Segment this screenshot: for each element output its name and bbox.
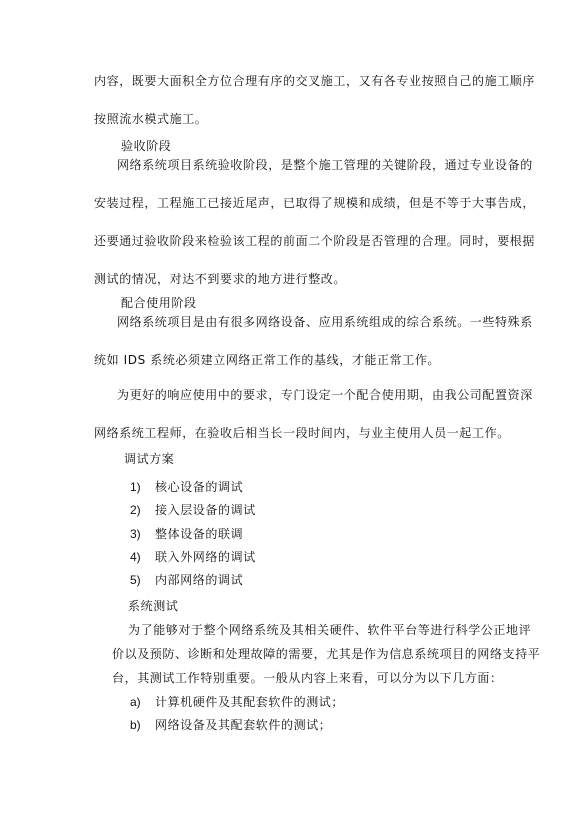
list-number: 2) <box>130 502 141 518</box>
text-line: 网络系统项目系统验收阶段，是整个施工管理的关键阶段，通过专业设备的 <box>117 157 508 173</box>
text-line: 为了能够对于整个网络系统及其相关硬件、软件平台等进行科学公正地评 <box>128 622 508 638</box>
list-number: 5) <box>130 572 141 588</box>
text-line: 测试的情况，对达不到要求的地方进行整改。 <box>94 271 346 287</box>
text-line: 为更好的响应使用中的要求，专门设定一个配合使用期，由我公司配置资深 <box>117 387 508 403</box>
list-item: 核心设备的调试 <box>155 479 243 495</box>
text-line: 验收阶段 <box>121 138 171 154</box>
text-line: 统如 IDS 系统必须建立网络正常工作的基线，才能正常工作。 <box>94 352 440 368</box>
list-item: 整体设备的联调 <box>155 526 243 542</box>
list-item: 接入层设备的调试 <box>155 502 256 518</box>
list-item: 内部网络的调试 <box>155 572 243 588</box>
list-number: 4) <box>130 549 141 565</box>
list-number: 3) <box>130 526 141 542</box>
list-number: b) <box>130 717 141 733</box>
list-number: 1) <box>130 479 141 495</box>
text-line: 系统测试 <box>128 598 178 614</box>
text-line: 安装过程，工程施工已接近尾声，已取得了规模和成绩，但是不等于大事告成， <box>94 195 508 211</box>
list-item: 联入外网络的调试 <box>155 549 256 565</box>
text-line: 配合使用阶段 <box>121 295 197 311</box>
text-line: 网络系统项目是由有很多网络设备、应用系统组成的综合系统。一些特殊系 <box>117 314 508 330</box>
list-item: 网络设备及其配套软件的测试； <box>155 717 331 733</box>
text-line: 网络系统工程师，在验收后相当长一段时间内，与业主使用人员一起工作。 <box>94 425 510 441</box>
list-number: a) <box>130 694 141 710</box>
text-line: 调试方案 <box>124 451 174 467</box>
list-item: 计算机硬件及其配套软件的测试； <box>155 694 344 710</box>
text-line: 价以及预防、诊断和处理故障的需要，尤其是作为信息系统项目的网络支持平 <box>112 646 508 662</box>
text-line: 按照流水模式施工。 <box>94 111 207 127</box>
text-line: 内容，既要大面积全方位合理有序的交叉施工，又有各专业按照自己的施工顺序 <box>94 73 508 89</box>
text-line: 还要通过验收阶段来检验该工程的前面二个阶段是否管理的合理。同时，要根据 <box>94 233 508 249</box>
text-line: 台，其测试工作特别重要。一般从内容上来看，可以分为以下几方面： <box>112 670 503 686</box>
